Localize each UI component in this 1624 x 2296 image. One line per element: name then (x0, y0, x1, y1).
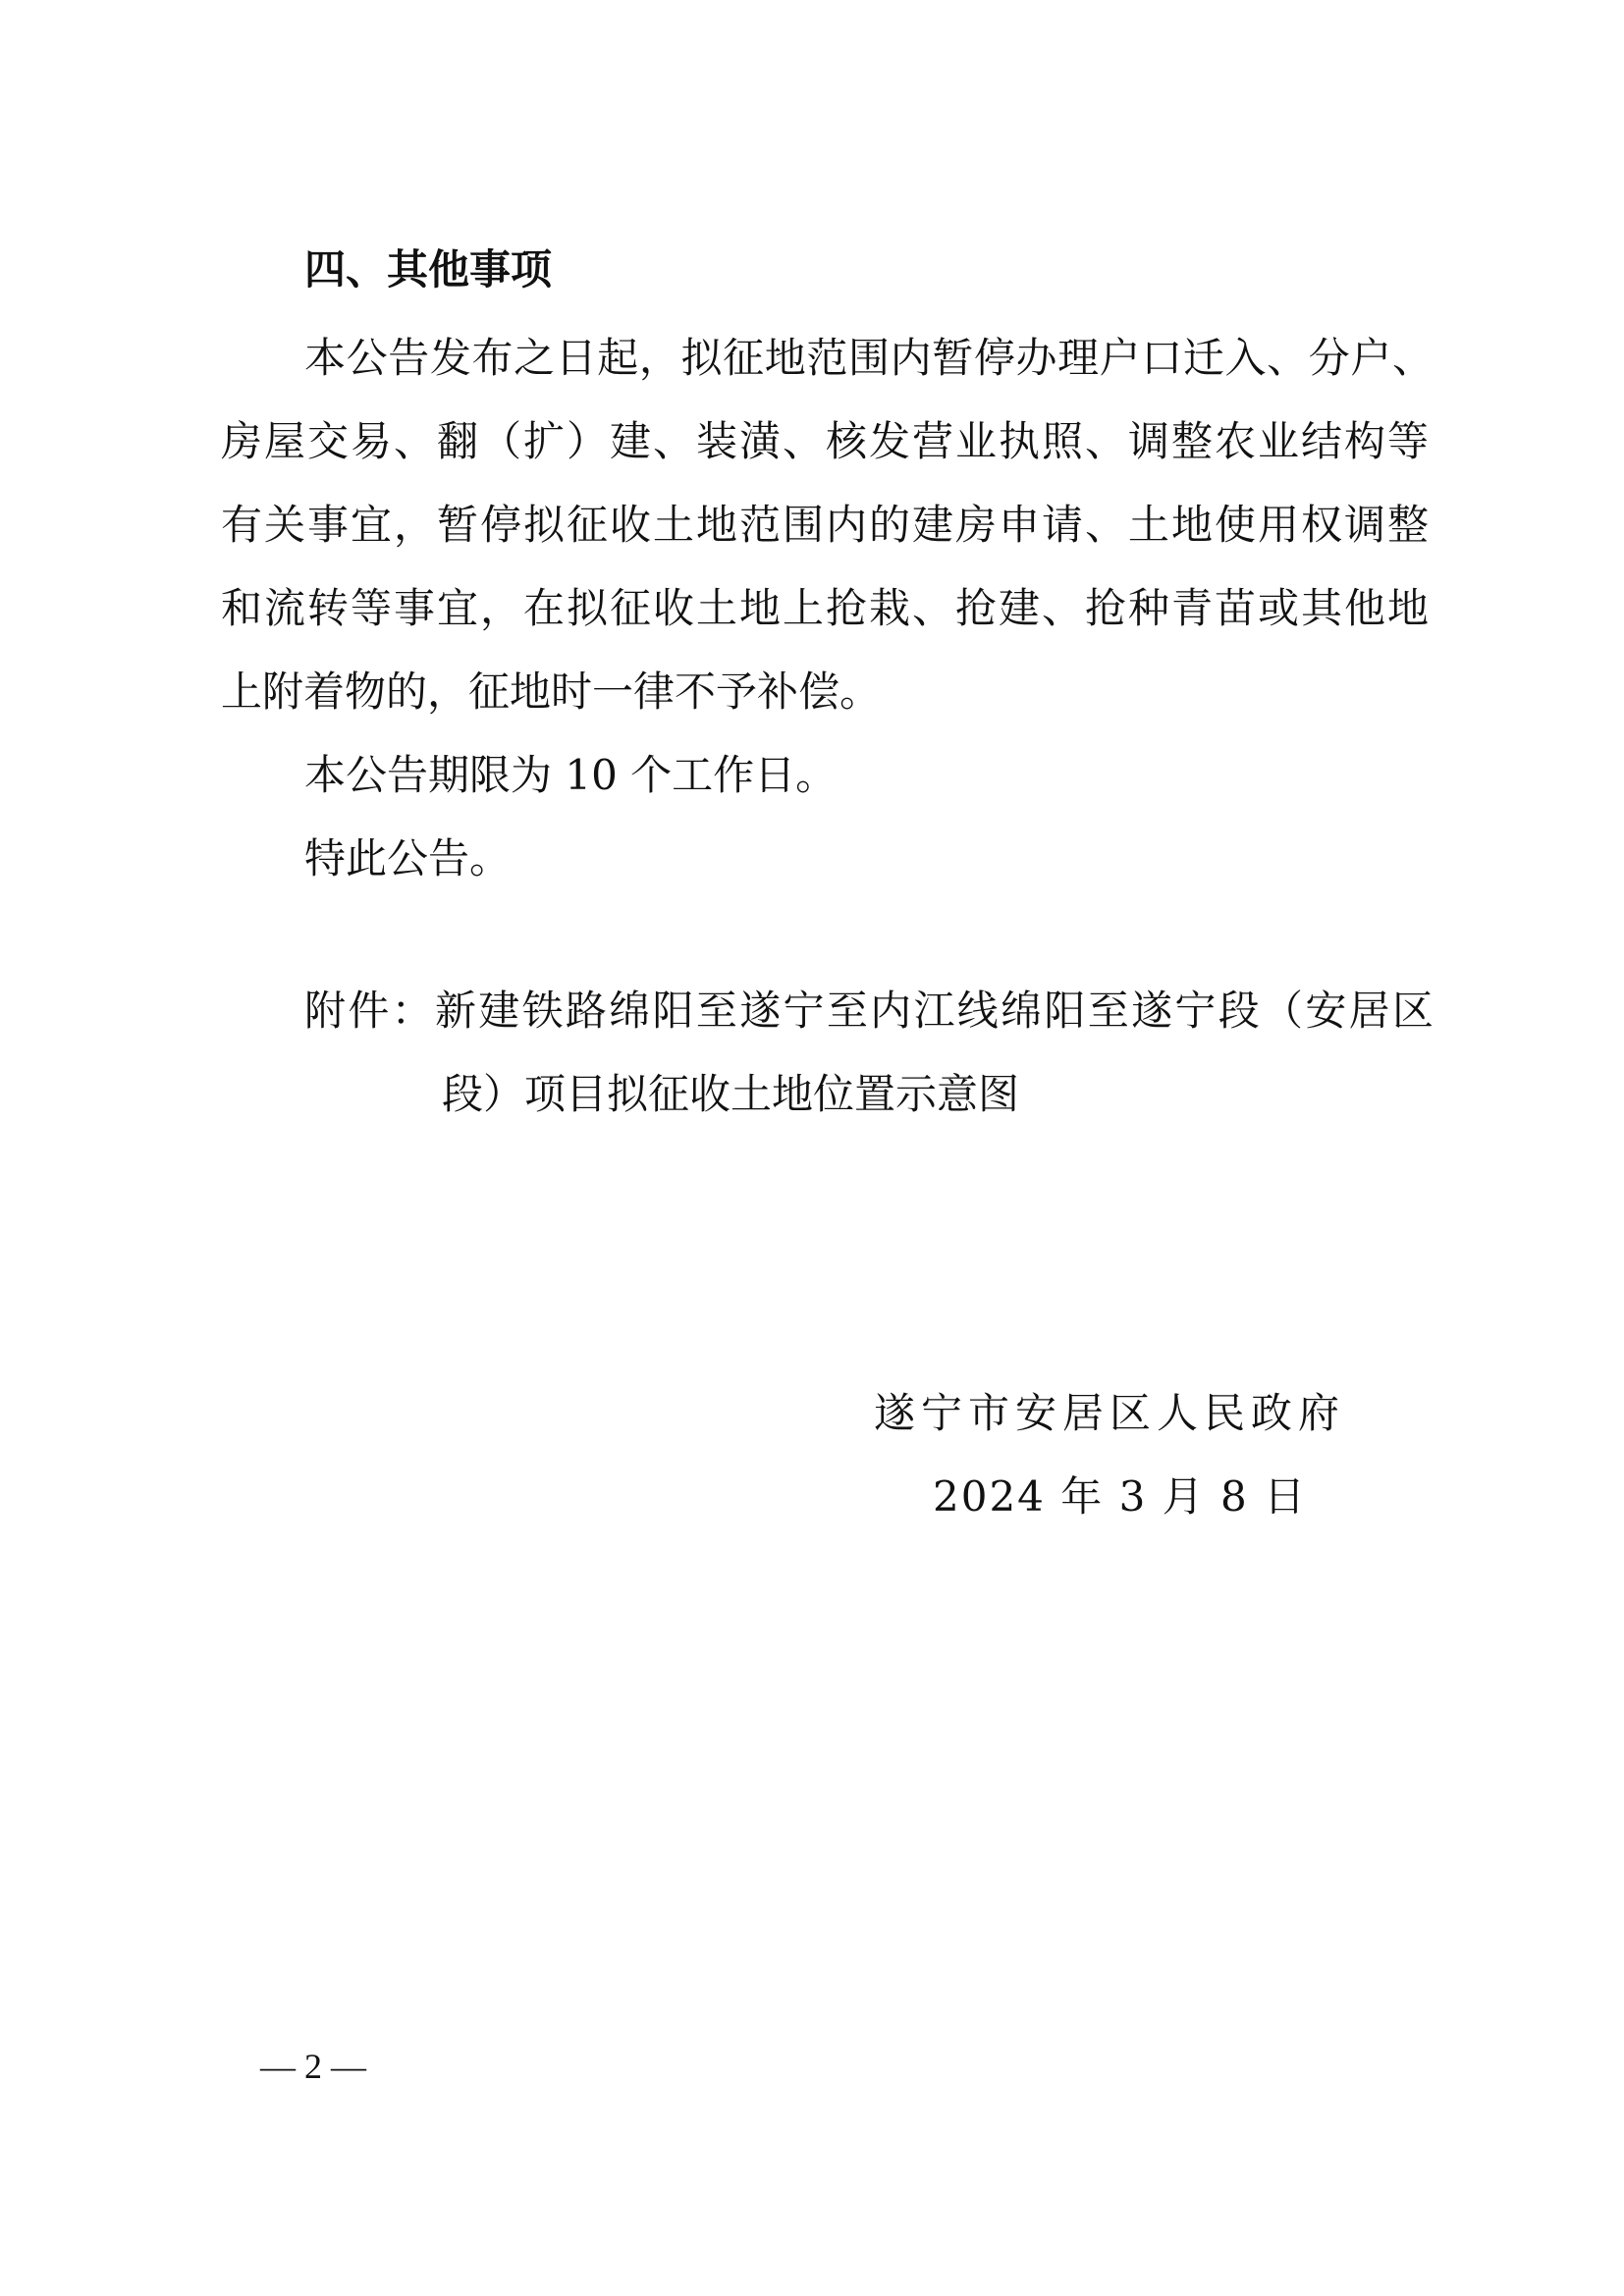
paragraph-1-line-3: 有关事宜，暂停拟征收土地范围内的建房申请、土地使用权调整 (221, 501, 1429, 550)
attachment-line-1: 附件：新建铁路绵阳至遂宁至内江线绵阳至遂宁段（安居区 (304, 987, 1434, 1036)
notice-period: 本公告期限为 10 个工作日。 (304, 751, 837, 800)
document-page: 四、其他事项 本公告发布之日起，拟征地范围内暂停办理户口迁入、分户、 房屋交易、… (0, 0, 1624, 2296)
paragraph-1-line-2: 房屋交易、翻（扩）建、装潢、核发营业执照、调整农业结构等 (221, 417, 1429, 466)
closing-statement: 特此公告。 (304, 834, 511, 883)
issue-date: 2024 年 3 月 8 日 (933, 1472, 1307, 1522)
attachment-line-2: 段）项目拟征收土地位置示意图 (442, 1070, 1019, 1119)
issuer-name: 遂宁市安居区人民政府 (874, 1389, 1345, 1438)
paragraph-1-line-5: 上附着物的，征地时一律不予补偿。 (221, 667, 881, 717)
paragraph-1-line-4: 和流转等事宜，在拟征收土地上抢栽、抢建、抢种青苗或其他地 (221, 584, 1429, 633)
page-number: — 2 — (260, 2042, 366, 2091)
section-heading: 四、其他事项 (304, 245, 552, 294)
paragraph-1-line-1: 本公告发布之日起，拟征地范围内暂停办理户口迁入、分户、 (304, 334, 1434, 383)
